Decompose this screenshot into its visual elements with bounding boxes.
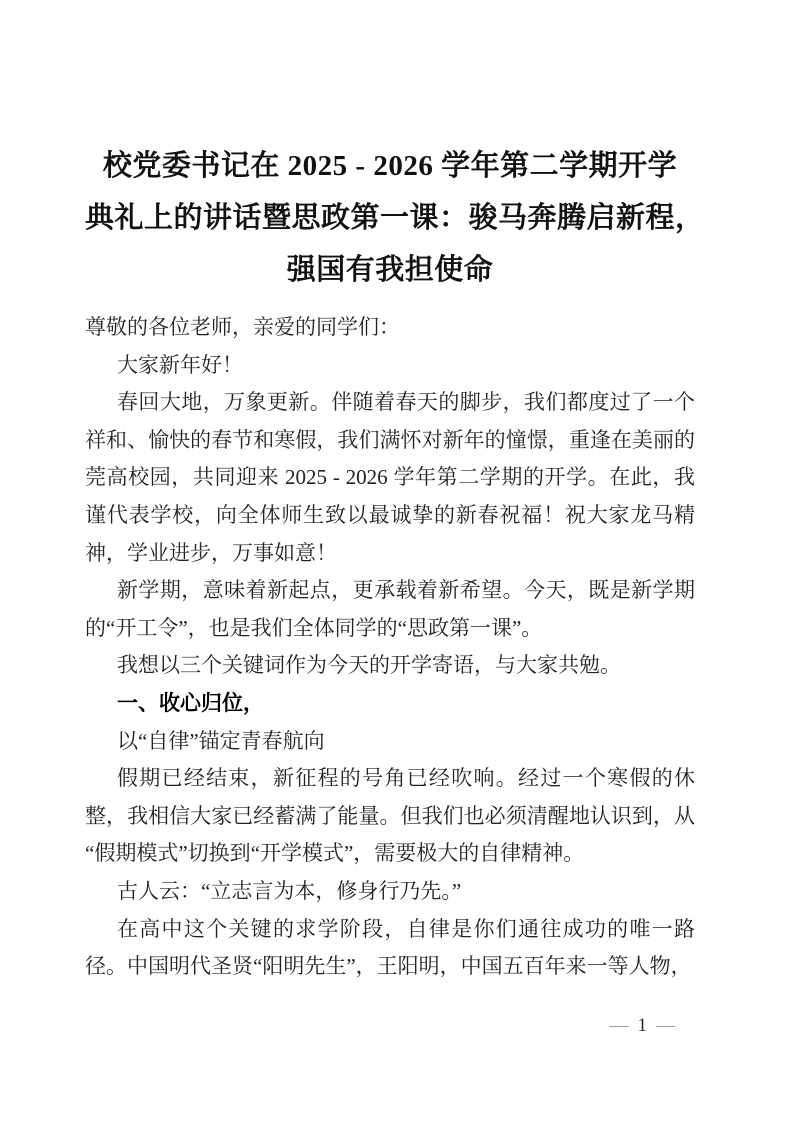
document-title: 校党委书记在 2025 - 2026 学年第二学期开学 典礼上的讲话暨思政第一课…	[85, 140, 695, 296]
document-page: 校党委书记在 2025 - 2026 学年第二学期开学 典礼上的讲话暨思政第一课…	[0, 0, 793, 1122]
paragraph: 大家新年好！	[85, 347, 695, 385]
document-title-line: 典礼上的讲话暨思政第一课：骏马奔腾启新程，	[85, 192, 695, 244]
document-title-line: 校党委书记在 2025 - 2026 学年第二学期开学	[85, 140, 695, 192]
page-number-value: 1	[638, 1015, 648, 1036]
paragraph: 我想以三个关键词作为今天的开学寄语，与大家共勉。	[85, 647, 695, 685]
paragraph: 以“自律”锚定青春航向	[85, 723, 695, 761]
document-title-line: 强国有我担使命	[85, 244, 695, 296]
paragraph: 古人云：“立志言为本，修身行乃先。”	[85, 873, 695, 911]
page-number-dash-left: —	[610, 1015, 629, 1036]
page-number: —1—	[610, 1014, 676, 1038]
paragraph: 春回大地，万象更新。伴随着春天的脚步，我们都度过了一个祥和、愉快的春节和寒假，我…	[85, 384, 695, 572]
page-number-dash-right: —	[656, 1015, 675, 1036]
salutation-line: 尊敬的各位老师，亲爱的同学们：	[85, 309, 695, 347]
section-heading: 一、收心归位，	[85, 685, 695, 723]
document-body: 尊敬的各位老师，亲爱的同学们：大家新年好！春回大地，万象更新。伴随着春天的脚步，…	[85, 309, 695, 986]
paragraph: 假期已经结束，新征程的号角已经吹响。经过一个寒假的休整，我相信大家已经蓄满了能量…	[85, 760, 695, 873]
paragraph: 在高中这个关键的求学阶段，自律是你们通往成功的唯一路径。中国明代圣贤“阳明先生”…	[85, 911, 695, 986]
paragraph: 新学期，意味着新起点，更承载着新希望。今天，既是新学期的“开工令”，也是我们全体…	[85, 572, 695, 647]
